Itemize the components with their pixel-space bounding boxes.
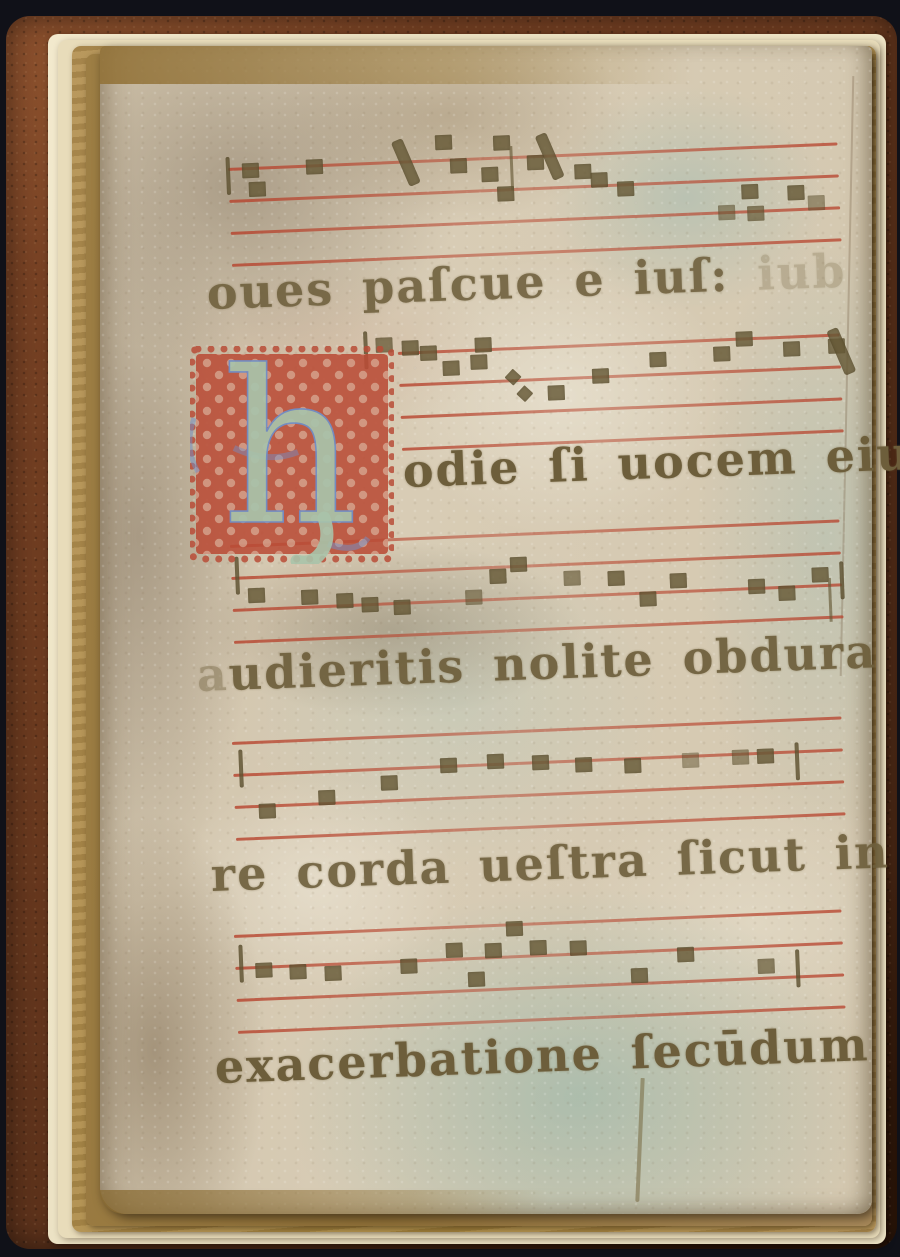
neume-b [225, 157, 231, 195]
neume-s [735, 331, 753, 347]
neume-s [450, 158, 468, 174]
manuscript-photo: h oues paſcue e iuſ: iub odie ſi uocem e… [0, 0, 900, 1257]
staff-line [234, 909, 842, 937]
neume-s [361, 597, 379, 613]
neume-s [393, 599, 411, 615]
neume-s [301, 589, 319, 605]
neume-s [575, 757, 593, 773]
neume-s [249, 181, 267, 197]
neume-s [445, 942, 463, 958]
initial-letter: h [222, 346, 359, 564]
neume-s [639, 591, 657, 607]
neume-b [238, 750, 244, 788]
neume-s [607, 570, 625, 586]
neume-s [510, 557, 528, 573]
parchment-top-edge-band [100, 46, 720, 84]
neume-s [808, 195, 826, 211]
neume-s [259, 803, 277, 819]
parchment-bottom-edge-band [100, 1190, 548, 1214]
neume-s [563, 570, 581, 586]
neume-s [306, 159, 324, 175]
neume-s [631, 968, 649, 984]
neume-s [757, 958, 775, 974]
neume-s [574, 164, 592, 180]
faded-text: iub [728, 244, 847, 302]
neume-s [487, 754, 505, 770]
staff-line [398, 333, 840, 354]
neume-s [529, 940, 547, 956]
neume-s [783, 341, 801, 357]
neume-s [670, 573, 688, 589]
neume-s [747, 206, 765, 222]
neume-s [318, 790, 336, 806]
neume-v [493, 135, 511, 151]
neume-s [465, 589, 483, 605]
illuminated-initial-h: h [190, 346, 394, 564]
neume-b [795, 949, 801, 987]
neume-s [506, 921, 524, 937]
neume-b [238, 945, 244, 983]
neume-d [516, 385, 533, 402]
neume-s [590, 172, 608, 188]
staff-line [399, 365, 841, 386]
neume-s [748, 579, 766, 595]
neume-s [757, 748, 775, 764]
neume-s [442, 360, 460, 376]
neume-s [547, 385, 565, 401]
neume-s [527, 155, 545, 171]
neume-s [336, 593, 354, 609]
neume-s [420, 345, 438, 361]
neume-s [255, 962, 273, 978]
neume-s [617, 181, 635, 197]
neume-s [289, 964, 307, 980]
neume-s [435, 135, 453, 151]
neume-s [787, 185, 805, 201]
staff-line [401, 397, 843, 418]
neume-s [324, 965, 342, 981]
neume-s [713, 346, 731, 362]
neume-s [248, 588, 266, 604]
neume-s [649, 352, 667, 368]
neume-s [532, 755, 550, 771]
neume-s [380, 775, 398, 791]
neume-s [624, 758, 642, 774]
neume-s [481, 167, 499, 183]
neume-s [400, 958, 418, 974]
neume-s [682, 752, 700, 768]
neume-s [778, 585, 796, 601]
neume-s [677, 947, 695, 963]
neume-s [718, 205, 736, 221]
neume-s [569, 940, 587, 956]
neume-d [505, 369, 522, 386]
neume-s [489, 568, 507, 584]
neume-s [401, 340, 419, 356]
faded-text: a [196, 647, 230, 702]
neume-s [474, 337, 492, 353]
neume-b [794, 742, 800, 780]
neume-v [811, 567, 829, 583]
neume-s [440, 758, 458, 774]
neume-s [592, 368, 610, 384]
neume-s [741, 184, 759, 200]
neume-s [485, 943, 503, 959]
neume-s [468, 971, 486, 987]
neume-s [732, 749, 750, 765]
staff-line [232, 716, 842, 744]
neume-s [470, 354, 488, 370]
neume-s [242, 163, 260, 179]
